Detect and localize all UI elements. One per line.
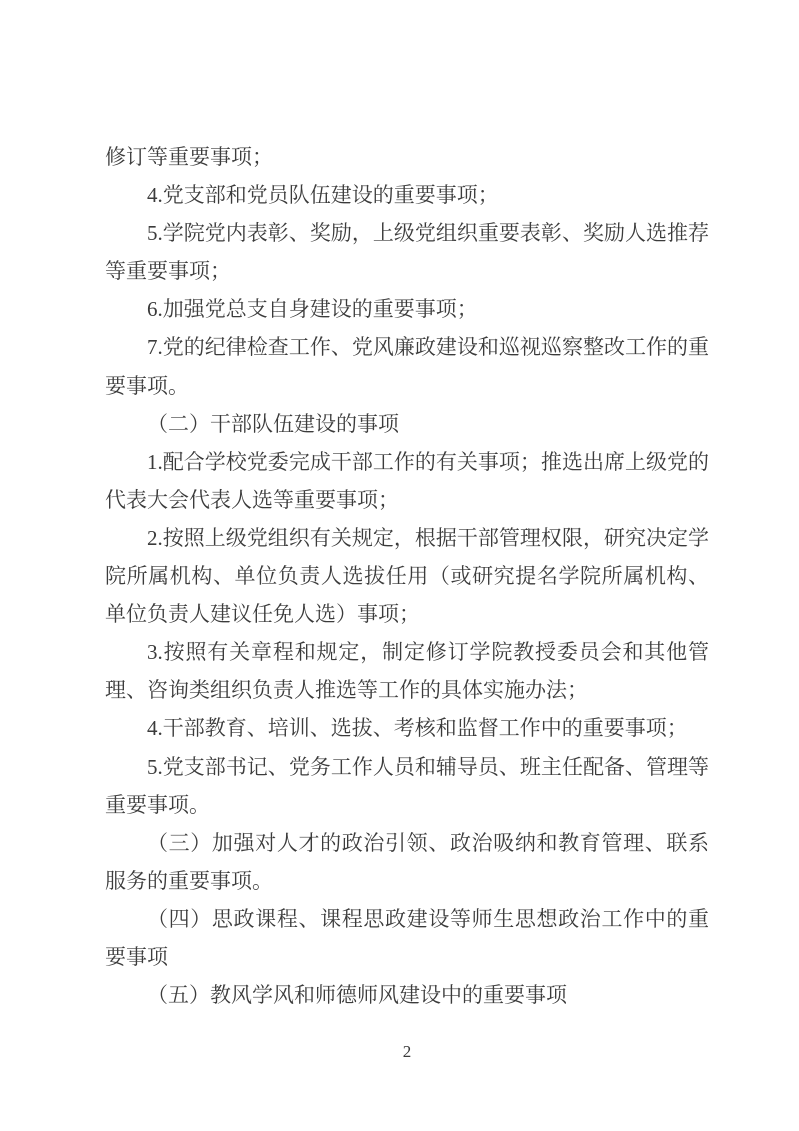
document-body: 修订等重要事项；4.党支部和党员队伍建设的重要事项；5.学院党内表彰、奖励，上级…: [105, 138, 709, 1014]
document-page: 修订等重要事项；4.党支部和党员队伍建设的重要事项；5.学院党内表彰、奖励，上级…: [0, 0, 799, 1131]
paragraph: 2.按照上级党组织有关规定，根据干部管理权限，研究决定学院所属机构、单位负责人选…: [105, 519, 709, 633]
paragraph: （二）干部队伍建设的事项: [105, 405, 709, 443]
paragraph: 6.加强党总支自身建设的重要事项；: [105, 290, 709, 328]
page-number: 2: [105, 1042, 709, 1062]
paragraph: 5.党支部书记、党务工作人员和辅导员、班主任配备、管理等重要事项。: [105, 748, 709, 824]
paragraph: 3.按照有关章程和规定，制定修订学院教授委员会和其他管理、咨询类组织负责人推选等…: [105, 633, 709, 709]
paragraph: 7.党的纪律检查工作、党风廉政建设和巡视巡察整改工作的重要事项。: [105, 328, 709, 404]
paragraph: 4.党支部和党员队伍建设的重要事项；: [105, 176, 709, 214]
paragraph: 1.配合学校党委完成干部工作的有关事项；推选出席上级党的代表大会代表人选等重要事…: [105, 443, 709, 519]
paragraph: 5.学院党内表彰、奖励，上级党组织重要表彰、奖励人选推荐等重要事项；: [105, 214, 709, 290]
paragraph: 4.干部教育、培训、选拔、考核和监督工作中的重要事项；: [105, 709, 709, 747]
paragraph: 修订等重要事项；: [105, 138, 709, 176]
paragraph: （四）思政课程、课程思政建设等师生思想政治工作中的重要事项: [105, 900, 709, 976]
paragraph: （三）加强对人才的政治引领、政治吸纳和教育管理、联系服务的重要事项。: [105, 824, 709, 900]
paragraph: （五）教风学风和师德师风建设中的重要事项: [105, 976, 709, 1014]
